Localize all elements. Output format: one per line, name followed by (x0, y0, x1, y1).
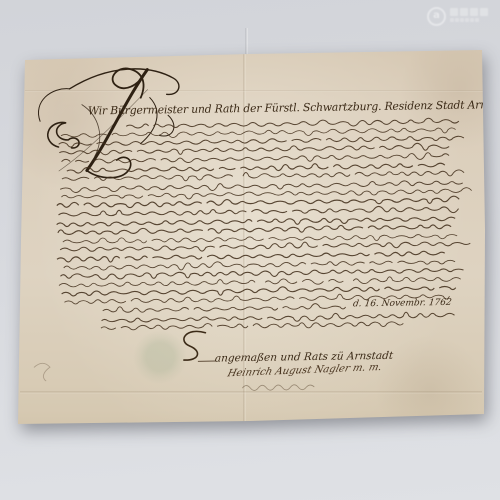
handwritten-line (61, 188, 471, 201)
handwritten-line (60, 180, 463, 193)
handwritten-line (60, 268, 463, 280)
handwritten-line (61, 152, 453, 165)
handwritten-line (62, 284, 456, 298)
signature: Heinrich August Nagler m. m. (226, 362, 383, 379)
paper-shadow: Wir Bürgermeister und Rath der Fürstl. S… (0, 0, 500, 500)
handwritten-line (101, 321, 403, 332)
handwritten-line (57, 216, 456, 228)
handwritten-line (126, 118, 459, 130)
calligraphic-initial-w (29, 57, 186, 189)
handwritten-line (67, 162, 445, 174)
handwritten-body (0, 0, 500, 500)
handwritten-line (58, 224, 451, 236)
handwritten-line (59, 136, 464, 148)
handwritten-line (59, 143, 449, 156)
handwritten-line (61, 127, 456, 139)
handwritten-line (60, 239, 470, 253)
handwritten-line (59, 276, 461, 289)
closing-dash (198, 361, 216, 363)
document-paper: Wir Bürgermeister und Rath der Fürstl. S… (0, 0, 500, 500)
handwritten-line (103, 303, 346, 313)
date-line: d. 16. Novembr. 1762 (352, 298, 452, 310)
handwritten-line (57, 251, 445, 263)
handwritten-line (63, 232, 457, 245)
handwritten-line (57, 196, 459, 209)
handwritten-line (101, 311, 454, 324)
handwritten-line (64, 258, 455, 272)
handwritten-line (62, 169, 464, 183)
seal-stain (139, 333, 192, 386)
secondary-signature (240, 379, 330, 394)
handwritten-line (58, 205, 458, 219)
document-content: Wir Bürgermeister und Rath der Fürstl. S… (0, 0, 500, 500)
document-heading: Wir Bürgermeister und Rath der Fürstl. S… (88, 98, 472, 117)
margin-mark (28, 341, 69, 382)
photo-background: a (0, 0, 500, 500)
